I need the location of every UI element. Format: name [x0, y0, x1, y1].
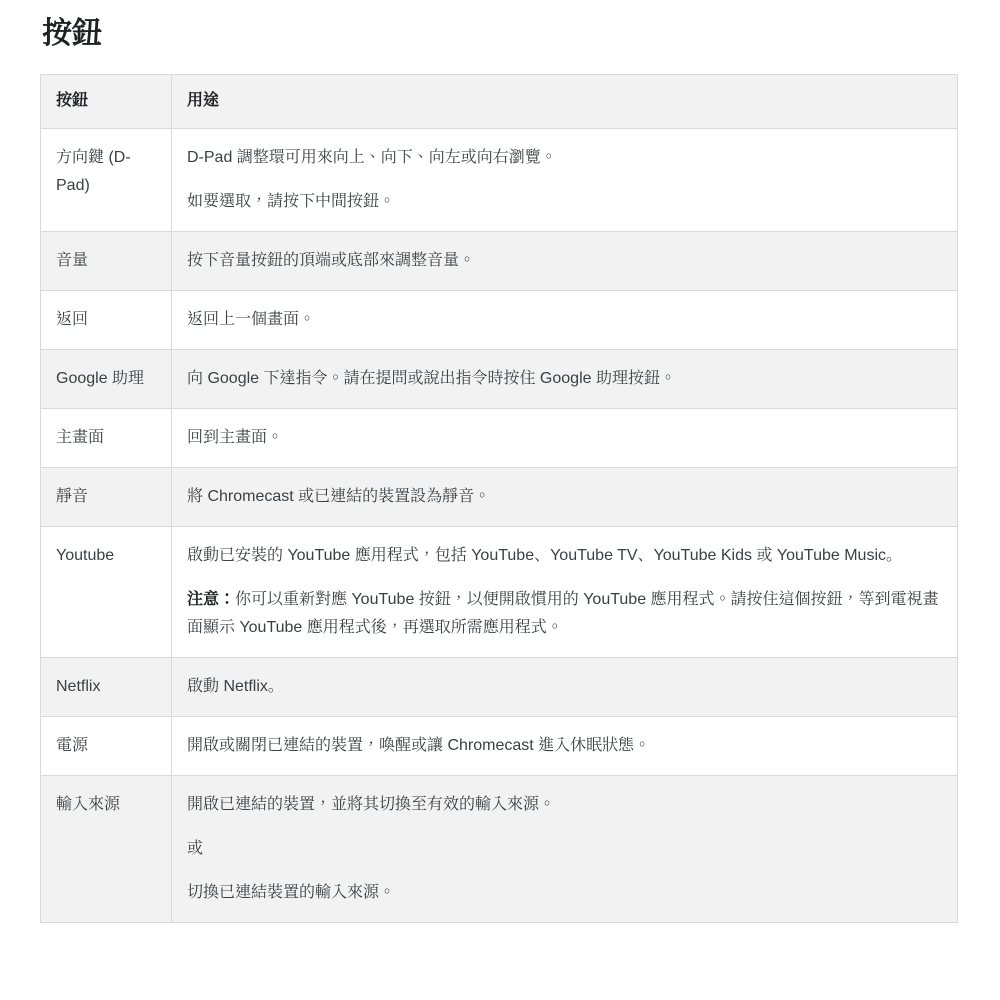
help-article-page: 按鈕 按鈕 用途 方向鍵 (D-Pad) D-Pad 調整環可用來向上、向下、向…	[0, 0, 1000, 1000]
button-name-cell: Google 助理	[41, 350, 172, 409]
button-name-cell: Netflix	[41, 658, 172, 717]
usage-paragraph: D-Pad 調整環可用來向上、向下、向左或向右瀏覽。	[187, 144, 942, 172]
button-name-cell: Youtube	[41, 527, 172, 658]
usage-cell: 返回上一個畫面。	[172, 291, 958, 350]
usage-paragraph: 按下音量按鈕的頂端或底部來調整音量。	[187, 247, 942, 275]
header-row: 按鈕 用途	[41, 75, 958, 129]
button-name-cell: 音量	[41, 232, 172, 291]
note-label: 注意：	[187, 591, 235, 608]
usage-cell: 開啟或關閉已連結的裝置，喚醒或讓 Chromecast 進入休眠狀態。	[172, 717, 958, 776]
usage-paragraph: 回到主畫面。	[187, 424, 942, 452]
button-name-cell: 返回	[41, 291, 172, 350]
table-row-power: 電源 開啟或關閉已連結的裝置，喚醒或讓 Chromecast 進入休眠狀態。	[41, 717, 958, 776]
table-row-netflix: Netflix 啟動 Netflix。	[41, 658, 958, 717]
table-row-youtube: Youtube 啟動已安裝的 YouTube 應用程式，包括 YouTube、Y…	[41, 527, 958, 658]
usage-cell: 按下音量按鈕的頂端或底部來調整音量。	[172, 232, 958, 291]
usage-paragraph: 開啟已連結的裝置，並將其切換至有效的輸入來源。	[187, 791, 942, 819]
usage-paragraph-note: 注意：你可以重新對應 YouTube 按鈕，以便開啟慣用的 YouTube 應用…	[187, 586, 942, 642]
table-header: 按鈕 用途	[41, 75, 958, 129]
note-text: 你可以重新對應 YouTube 按鈕，以便開啟慣用的 YouTube 應用程式。…	[187, 591, 939, 636]
usage-paragraph: 開啟或關閉已連結的裝置，喚醒或讓 Chromecast 進入休眠狀態。	[187, 732, 942, 760]
table-row-volume: 音量 按下音量按鈕的頂端或底部來調整音量。	[41, 232, 958, 291]
usage-paragraph: 或	[187, 835, 942, 863]
buttons-table: 按鈕 用途 方向鍵 (D-Pad) D-Pad 調整環可用來向上、向下、向左或向…	[40, 74, 958, 923]
usage-paragraph: 啟動 Netflix。	[187, 673, 942, 701]
button-name-cell: 靜音	[41, 468, 172, 527]
usage-paragraph: 如要選取，請按下中間按鈕。	[187, 188, 942, 216]
usage-paragraph: 切換已連結裝置的輸入來源。	[187, 879, 942, 907]
button-name-cell: 方向鍵 (D-Pad)	[41, 129, 172, 232]
usage-cell: 回到主畫面。	[172, 409, 958, 468]
page-title: 按鈕	[42, 16, 958, 52]
table-row-back: 返回 返回上一個畫面。	[41, 291, 958, 350]
usage-paragraph: 向 Google 下達指令。請在提問或說出指令時按住 Google 助理按鈕。	[187, 365, 942, 393]
table-row-input-source: 輸入來源 開啟已連結的裝置，並將其切換至有效的輸入來源。 或 切換已連結裝置的輸…	[41, 776, 958, 923]
column-header-button: 按鈕	[41, 75, 172, 129]
usage-cell: 啟動 Netflix。	[172, 658, 958, 717]
usage-cell: D-Pad 調整環可用來向上、向下、向左或向右瀏覽。 如要選取，請按下中間按鈕。	[172, 129, 958, 232]
usage-paragraph: 將 Chromecast 或已連結的裝置設為靜音。	[187, 483, 942, 511]
usage-cell: 向 Google 下達指令。請在提問或說出指令時按住 Google 助理按鈕。	[172, 350, 958, 409]
usage-cell: 開啟已連結的裝置，並將其切換至有效的輸入來源。 或 切換已連結裝置的輸入來源。	[172, 776, 958, 923]
table-row-google-assistant: Google 助理 向 Google 下達指令。請在提問或說出指令時按住 Goo…	[41, 350, 958, 409]
button-name-cell: 主畫面	[41, 409, 172, 468]
usage-paragraph: 啟動已安裝的 YouTube 應用程式，包括 YouTube、YouTube T…	[187, 542, 942, 570]
usage-cell: 將 Chromecast 或已連結的裝置設為靜音。	[172, 468, 958, 527]
usage-cell: 啟動已安裝的 YouTube 應用程式，包括 YouTube、YouTube T…	[172, 527, 958, 658]
usage-paragraph: 返回上一個畫面。	[187, 306, 942, 334]
column-header-usage: 用途	[172, 75, 958, 129]
table-row-home: 主畫面 回到主畫面。	[41, 409, 958, 468]
table-row-dpad: 方向鍵 (D-Pad) D-Pad 調整環可用來向上、向下、向左或向右瀏覽。 如…	[41, 129, 958, 232]
button-name-cell: 輸入來源	[41, 776, 172, 923]
table-row-mute: 靜音 將 Chromecast 或已連結的裝置設為靜音。	[41, 468, 958, 527]
button-name-cell: 電源	[41, 717, 172, 776]
